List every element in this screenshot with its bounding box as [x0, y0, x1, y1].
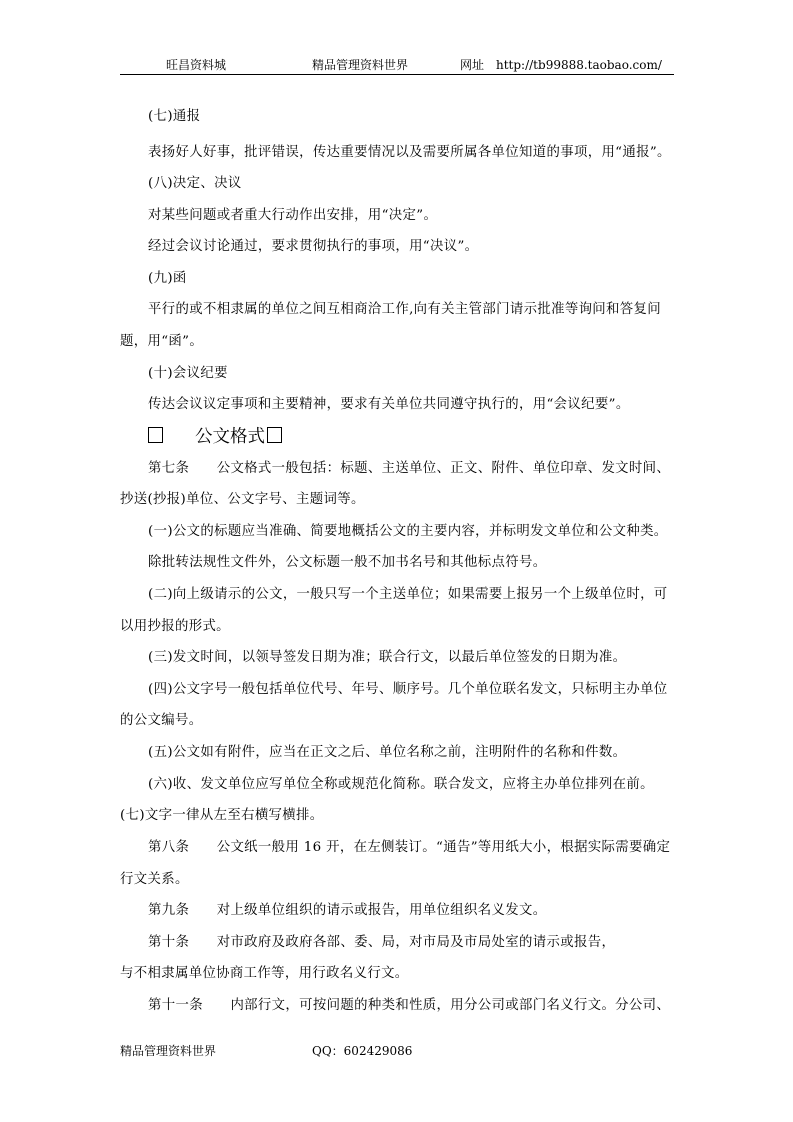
header-divider [120, 74, 674, 75]
text-line: (八)决定、决议 [148, 174, 242, 194]
header-url: http://tb99888.taobao.com/ [496, 56, 662, 74]
text-line: 以用抄报的形式。 [120, 617, 230, 637]
trailing-box-icon [267, 427, 282, 443]
text-line: 题，用“函”。 [120, 332, 203, 352]
header-url-label: 网址 [460, 56, 484, 74]
text-line: 与不相隶属单位协商工作等，用行政名义行文。 [120, 964, 409, 984]
text-line: (五)公文如有附件，应当在正文之后、单位名称之前，注明附件的名称和件数。 [148, 743, 626, 763]
text-line: (九)函 [148, 269, 187, 289]
text-line: 的公文编号。 [120, 711, 202, 731]
text-line: (三)发文时间，以领导签发日期为准；联合行文，以最后单位签发的日期为准。 [148, 648, 626, 668]
section-heading-title: 公文格式 [195, 427, 265, 447]
text-line: 第八条 公文纸一般用 16 开，在左侧装订。“通告”等用纸大小，根据实际需要确定 [148, 838, 670, 858]
header-site-name: 精品管理资料世界 [312, 56, 408, 74]
header-shop-name: 旺昌资料城 [166, 56, 226, 74]
section-heading: 公文格式 [148, 424, 282, 450]
text-line: 第十条 对市政府及政府各部、委、局，对市局及市局处室的请示或报告， [148, 933, 615, 953]
text-line: 抄送(抄报)单位、公文字号、主题词等。 [120, 490, 365, 510]
text-line: 行文关系。 [120, 870, 189, 890]
text-line: (六)收、发文单位应写单位全称或规范化简称。联合发文，应将主办单位排列在前。 [148, 775, 654, 795]
text-line: 表扬好人好事，批评错误，传达重要情况以及需要所属各单位知道的事项，用“通报”。 [148, 143, 671, 163]
text-line: 除批转法规性文件外，公文标题一般不加书名号和其他标点符号。 [148, 553, 546, 573]
text-line: 第十一条 内部行文，可按问题的种类和性质，用分公司或部门名义行文。分公司、 [148, 996, 670, 1016]
text-line: (七)文字一律从左至右横写横排。 [120, 806, 324, 826]
text-line: (七)通报 [148, 107, 200, 127]
text-line: 平行的或不相隶属的单位之间互相商洽工作,向有关主管部门请示批准等询问和答复问 [148, 300, 661, 320]
footer-site-name: 精品管理资料世界 [120, 1043, 216, 1059]
text-line: 传达会议议定事项和主要精神，要求有关单位共同遵守执行的，用“会议纪要”。 [148, 395, 630, 415]
page-header: 旺昌资料城 精品管理资料世界 网址 http://tb99888.taobao.… [120, 56, 674, 74]
bullet-box-icon [148, 427, 163, 443]
text-line: (二)向上级请示的公文，一般只写一个主送单位；如果需要上报另一个上级单位时，可 [148, 585, 668, 605]
text-line: (十)会议纪要 [148, 364, 228, 384]
footer-qq: QQ：602429086 [312, 1043, 412, 1059]
text-line: (四)公文字号一般包括单位代号、年号、顺序号。几个单位联名发文，只标明主办单位 [148, 680, 668, 700]
text-line: 第七条 公文格式一般包括：标题、主送单位、正文、附件、单位印章、发文时间、 [148, 459, 670, 479]
text-line: 对某些问题或者重大行动作出安排，用“决定”。 [148, 206, 437, 226]
text-line: 第九条 对上级单位组织的请示或报告，用单位组织名义发文。 [148, 901, 546, 921]
text-line: (一)公文的标题应当准确、简要地概括公文的主要内容，并标明发文单位和公文种类。 [148, 522, 668, 542]
text-line: 经过会议讨论通过，要求贯彻执行的事项，用“决议”。 [148, 237, 478, 257]
